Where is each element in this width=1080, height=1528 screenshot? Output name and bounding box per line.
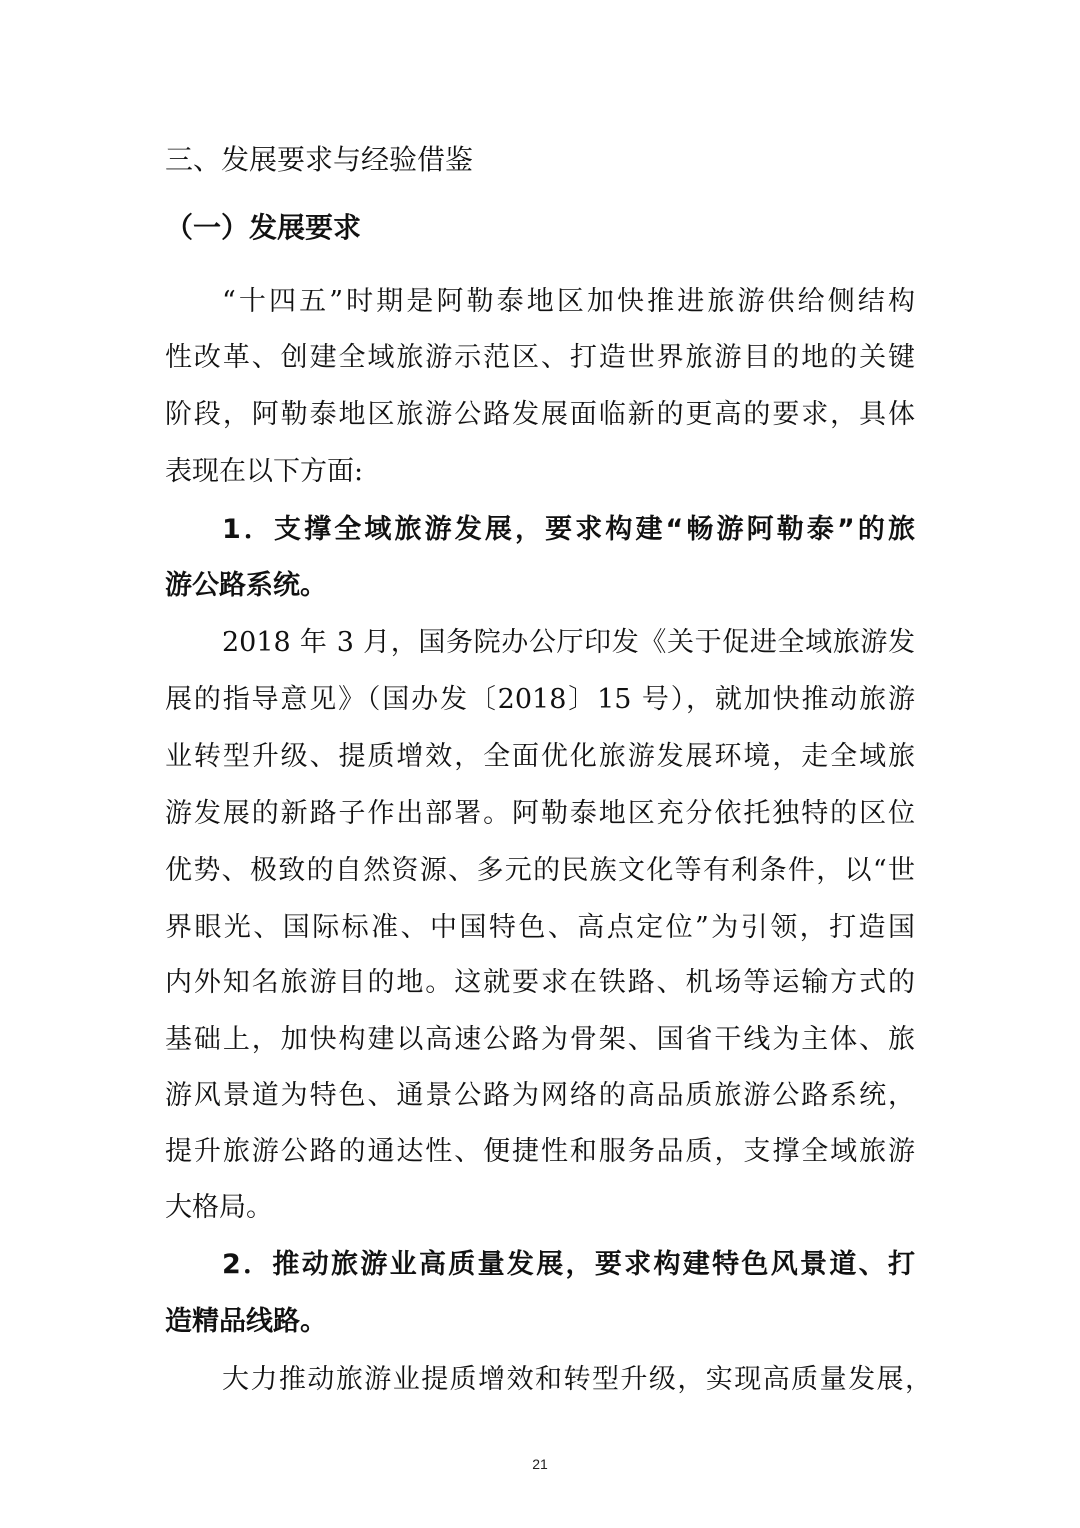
paragraph-line: “十四五”时期是阿勒泰地区加快推进旅游供给侧结构 xyxy=(222,282,915,322)
paragraph-line: 展的指导意见》（国办发〔2018〕15 号），就加快推动旅游 xyxy=(165,680,915,720)
paragraph-line: 表现在以下方面: xyxy=(165,452,915,492)
numbered-heading: 2．推动旅游业高质量发展，要求构建特色风景道、打 xyxy=(222,1245,915,1285)
section-heading: 三、发展要求与经验借鉴 xyxy=(165,140,915,180)
paragraph-line: 游风景道为特色、通景公路为网络的高品质旅游公路系统， xyxy=(165,1076,915,1116)
paragraph-line: 大格局。 xyxy=(165,1188,915,1228)
paragraph-line: 界眼光、国际标准、中国特色、高点定位”为引领，打造国 xyxy=(165,908,915,948)
paragraph-line: 优势、极致的自然资源、多元的民族文化等有利条件，以“世 xyxy=(165,851,915,891)
paragraph-line: 基础上，加快构建以高速公路为骨架、国省干线为主体、旅 xyxy=(165,1020,915,1060)
paragraph-line: 内外知名旅游目的地。这就要求在铁路、机场等运输方式的 xyxy=(165,963,915,1003)
document-page: 三、发展要求与经验借鉴 （一）发展要求 “十四五”时期是阿勒泰地区加快推进旅游供… xyxy=(0,0,1080,1528)
page-number: 21 xyxy=(0,1456,1080,1472)
numbered-heading: 1．支撑全域旅游发展，要求构建“畅游阿勒泰”的旅 xyxy=(222,510,915,550)
paragraph-line: 业转型升级、提质增效，全面优化旅游发展环境，走全域旅 xyxy=(165,737,915,777)
numbered-heading: 游公路系统。 xyxy=(165,566,915,606)
paragraph-line: 阶段，阿勒泰地区旅游公路发展面临新的更高的要求，具体 xyxy=(165,395,915,435)
paragraph-line: 2018 年 3 月，国务院办公厅印发《关于促进全域旅游发 xyxy=(222,623,915,663)
subsection-heading: （一）发展要求 xyxy=(165,208,915,248)
paragraph-line: 提升旅游公路的通达性、便捷性和服务品质，支撑全域旅游 xyxy=(165,1132,915,1172)
numbered-heading: 造精品线路。 xyxy=(165,1302,915,1342)
paragraph-line: 大力推动旅游业提质增效和转型升级，实现高质量发展， xyxy=(222,1360,932,1400)
paragraph-line: 性改革、创建全域旅游示范区、打造世界旅游目的地的关键 xyxy=(165,338,915,378)
paragraph-line: 游发展的新路子作出部署。阿勒泰地区充分依托独特的区位 xyxy=(165,794,915,834)
